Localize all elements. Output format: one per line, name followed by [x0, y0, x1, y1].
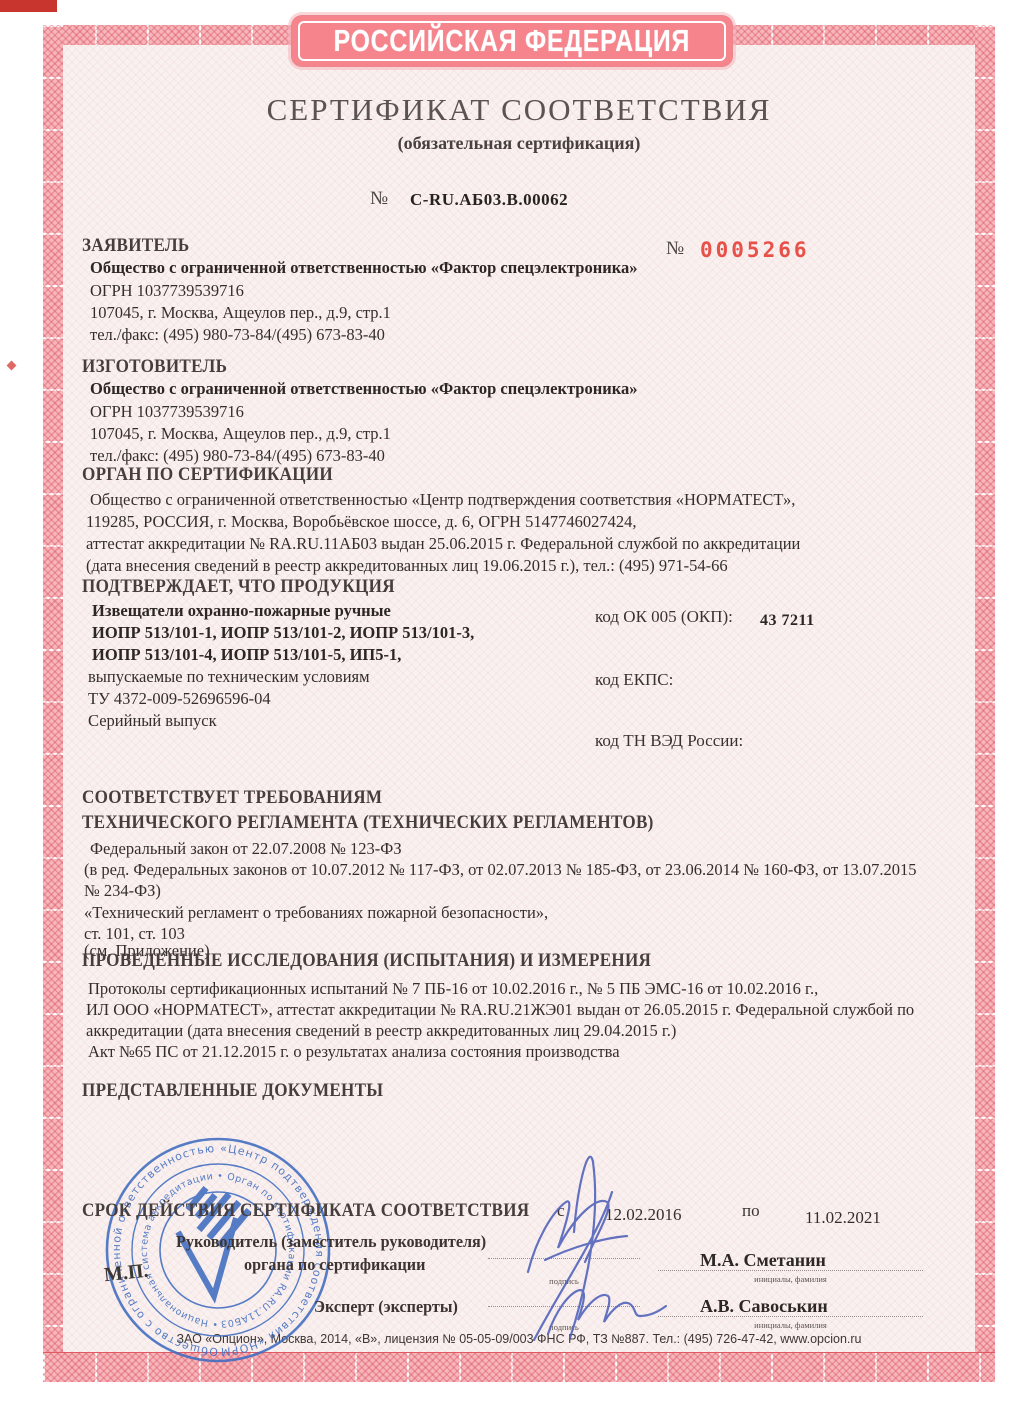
product-line-bold: ИОПР 513/101-1, ИОПР 513/101-2, ИОПР 513…: [92, 623, 474, 643]
applicant-ogrn: ОГРН 1037739539716: [90, 281, 244, 301]
product-line: ТУ 4372-009-52696596-04: [88, 689, 271, 709]
head-signature-caption: подпись: [488, 1276, 640, 1286]
requirements-line: «Технический регламент о требованиях пож…: [84, 903, 548, 923]
head-name: М.А. Сметанин: [700, 1250, 826, 1271]
certificate-page: РОССИЙСКАЯ ФЕДЕРАЦИЯ СЕРТИФИКАТ СООТВЕТС…: [0, 0, 1024, 1408]
validity-from-label: с: [557, 1201, 565, 1221]
manufacturer-phone: тел./факс: (495) 980-73-84/(495) 673-83-…: [90, 446, 385, 466]
applicant-heading: ЗАЯВИТЕЛЬ: [82, 235, 189, 257]
okp-code-value: 43 7211: [760, 612, 815, 630]
head-name-caption: инициалы, фамилия: [658, 1274, 923, 1284]
cert-body-line: Общество с ограниченной ответственностью…: [90, 490, 795, 510]
product-line: выпускаемые по техническим условиям: [88, 667, 370, 687]
guilloche-border-bottom: [43, 1352, 995, 1382]
cert-body-line: (дата внесения сведений в реестр аккреди…: [86, 556, 728, 576]
cert-body-line: 119285, РОССИЯ, г. Москва, Воробьёвское …: [86, 512, 636, 532]
head-role-line-1: Руководитель (заместитель руководителя): [176, 1232, 486, 1252]
scan-corner-artifact: [0, 0, 57, 12]
tests-line: Протоколы сертификационных испытаний № 7…: [88, 979, 818, 999]
manufacturer-address: 107045, г. Москва, Ащеулов пер., д.9, ст…: [90, 424, 391, 444]
print-house-footer: ЗАО «Опцион», Москва, 2014, «В», лицензи…: [63, 1332, 975, 1346]
requirements-heading-1: СООТВЕТСТВУЕТ ТРЕБОВАНИЯМ: [82, 787, 382, 809]
cert-body-heading: ОРГАН ПО СЕРТИФИКАЦИИ: [82, 464, 333, 486]
tnved-code-label: код ТН ВЭД России:: [595, 731, 743, 751]
product-line: Серийный выпуск: [88, 711, 217, 731]
scan-edge-artifact: [7, 361, 17, 371]
validity-to-label: по: [742, 1201, 760, 1221]
applicant-address: 107045, г. Москва, Ащеулов пер., д.9, ст…: [90, 303, 391, 323]
form-number-value: 0005266: [700, 238, 810, 262]
validity-heading: СРОК ДЕЙСТВИЯ СЕРТИФИКАТА СООТВЕТСТВИЯ: [82, 1200, 529, 1222]
product-line-bold: ИОПР 513/101-4, ИОПР 513/101-5, ИП5-1,: [92, 645, 401, 665]
manufacturer-name: Общество с ограниченной ответственностью…: [90, 379, 638, 399]
okp-code-label: код ОК 005 (ОКП):: [595, 607, 733, 627]
form-number-label: №: [666, 238, 684, 260]
cert-number-value: C-RU.АБ03.В.00062: [410, 190, 568, 210]
guilloche-border-left: [43, 25, 63, 1382]
tests-line: Акт №65 ПС от 21.12.2015 г. о результата…: [88, 1042, 620, 1062]
head-role-line-2: органа по сертификации: [244, 1255, 425, 1275]
product-heading: ПОДТВЕРЖДАЕТ, ЧТО ПРОДУКЦИЯ: [82, 576, 395, 598]
applicant-name: Общество с ограниченной ответственностью…: [90, 258, 638, 278]
product-line-bold: Извещатели охранно-пожарные ручные: [92, 601, 391, 621]
applicant-phone: тел./факс: (495) 980-73-84/(495) 673-83-…: [90, 325, 385, 345]
ekps-code-label: код ЕКПС:: [595, 670, 673, 690]
country-banner-title: РОССИЙСКАЯ ФЕДЕРАЦИЯ: [334, 23, 691, 59]
validity-to-date: 11.02.2021: [805, 1208, 881, 1228]
requirements-line: № 234-ФЗ): [84, 881, 161, 901]
country-banner-frame: РОССИЙСКАЯ ФЕДЕРАЦИЯ: [298, 21, 726, 61]
documents-heading: ПРЕДСТАВЛЕННЫЕ ДОКУМЕНТЫ: [82, 1080, 383, 1102]
seal-place-label: М.П.: [103, 1260, 150, 1288]
manufacturer-heading: ИЗГОТОВИТЕЛЬ: [82, 356, 227, 378]
expert-role: Эксперт (эксперты): [314, 1297, 458, 1317]
cert-body-line: аттестат аккредитации № RA.RU.11АБ03 выд…: [86, 534, 800, 554]
expert-signature-caption: подпись: [488, 1322, 640, 1332]
guilloche-border-right: [975, 25, 995, 1382]
validity-from-date: 12.02.2016: [605, 1205, 682, 1225]
tests-line: ИЛ ООО «НОРМАТЕСТ», аттестат аккредитаци…: [86, 1000, 914, 1020]
cert-number-label: №: [370, 188, 388, 210]
expert-name: А.В. Савоськин: [700, 1296, 828, 1317]
expert-signature-line: [488, 1306, 640, 1307]
document-title: СЕРТИФИКАТ СООТВЕТСТВИЯ: [63, 92, 975, 128]
requirements-heading-2: ТЕХНИЧЕСКОГО РЕГЛАМЕНТА (ТЕХНИЧЕСКИХ РЕГ…: [82, 812, 654, 834]
requirements-line: Федеральный закон от 22.07.2008 № 123-ФЗ: [90, 839, 402, 859]
head-name-line: [658, 1270, 923, 1271]
manufacturer-ogrn: ОГРН 1037739539716: [90, 402, 244, 422]
expert-name-line: [658, 1316, 923, 1317]
head-signature-line: [488, 1258, 640, 1259]
requirements-line: (в ред. Федеральных законов от 10.07.201…: [84, 860, 917, 880]
tests-line: аккредитации (дата внесения сведений в р…: [86, 1021, 676, 1041]
document-subtitle: (обязательная сертификация): [63, 133, 975, 154]
country-banner: РОССИЙСКАЯ ФЕДЕРАЦИЯ: [292, 16, 732, 66]
tests-heading: ПРОВЕДЕННЫЕ ИССЛЕДОВАНИЯ (ИСПЫТАНИЯ) И И…: [82, 950, 651, 972]
expert-name-caption: инициалы, фамилия: [658, 1320, 923, 1330]
